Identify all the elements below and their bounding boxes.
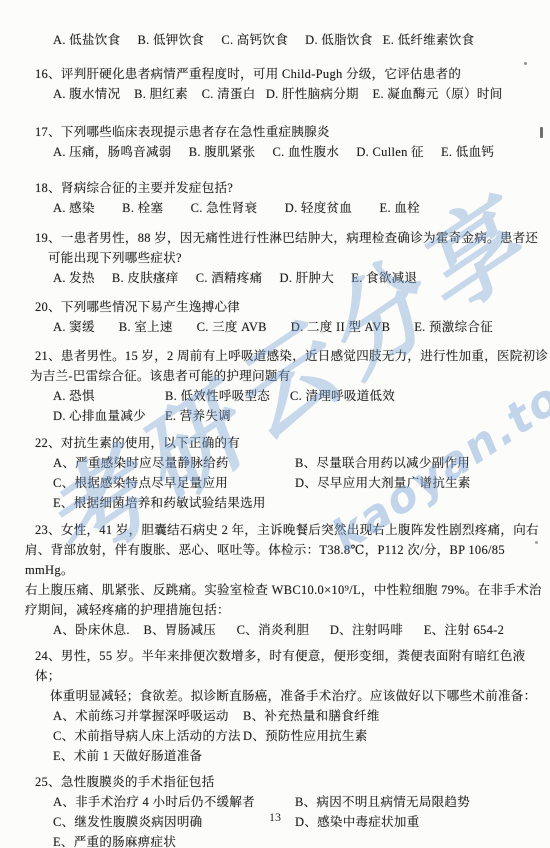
orphan-option-line: A. 低盐饮食 B. 低钾饮食 C. 高钙饮食 D. 低脂饮食 E. 低纤维素饮…	[0, 30, 550, 50]
question-25-options-row3: E、严重的肠麻痹症状	[0, 832, 550, 848]
question-17-stem: 17、下列哪些临床表现提示患者存在急性重症胰腺炎	[0, 122, 550, 142]
question-23: 23、女性，41 岁，胆囊结石病史 2 年，主诉晚餐后突然出现右上腹阵发性剧烈疼…	[0, 520, 550, 640]
question-24-stem: 24、男性，55 岁。半年来排便次数增多，时有便意，便形变细，粪便表面附有暗红色…	[0, 646, 550, 686]
option-b: B. 低效性呼吸型态	[165, 386, 290, 406]
question-22-options-row3: E、根据细菌培养和药敏试验结果选用	[0, 493, 550, 513]
scan-speck	[540, 127, 543, 138]
option-b: B、病因不明且病情无局限趋势	[295, 792, 550, 812]
scan-speck	[524, 62, 527, 65]
question-18: 18、肾病综合征的主要并发症包括? A. 感染 B. 栓塞 C. 急性肾衰 D.…	[0, 178, 550, 218]
question-18-stem: 18、肾病综合征的主要并发症包括?	[0, 178, 550, 198]
option-e: E. 营养失调	[165, 406, 550, 426]
option-d: D. 心排血量减少	[53, 406, 165, 426]
question-23-stem-cont1: 肩、背部放射，伴有腹胀、恶心、呕吐等。体检示：T38.8℃，P112 次/分，B…	[0, 540, 550, 580]
exam-page: A. 低盐饮食 B. 低钾饮食 C. 高钙饮食 D. 低脂饮食 E. 低纤维素饮…	[0, 0, 550, 848]
option-c: C. 清理呼吸道低效	[290, 386, 550, 406]
option-b: B、补充热量和膳食纤维	[243, 706, 550, 726]
question-21-options-row1: A. 恐惧 B. 低效性呼吸型态 C. 清理呼吸道低效	[0, 386, 550, 406]
question-21: 21、患者男性。15 岁，2 周前有上呼吸道感染，近日感觉四肢无力，进行性加重，…	[0, 346, 550, 426]
scan-speck	[535, 541, 538, 544]
question-23-stem: 23、女性，41 岁，胆囊结石病史 2 年，主诉晚餐后突然出现右上腹阵发性剧烈疼…	[0, 520, 550, 540]
option-c: C、根据感染特点尽早足量应用	[53, 473, 295, 493]
option-a: A、术前练习并掌握深呼吸运动	[53, 706, 243, 726]
question-24-options-row1: A、术前练习并掌握深呼吸运动 B、补充热量和膳食纤维	[0, 706, 550, 726]
question-24-stem-cont: 体重明显减轻；食欲差。拟诊断直肠癌，准备手术治疗。应该做好以下哪些术前准备：	[0, 686, 550, 706]
option-a: A、非手术治疗 4 小时后仍不缓解者	[53, 792, 295, 812]
question-16-stem: 16、评判肝硬化患者病情严重程度时，可用 Child-Pugh 分级，它评估患者…	[0, 64, 550, 84]
exam-content: A. 低盐饮食 B. 低钾饮食 C. 高钙饮食 D. 低脂饮食 E. 低纤维素饮…	[0, 0, 550, 848]
question-20-options: A. 窦缓 B. 室上速 C. 三度 AVB D. 二度 II 型 AVB E.…	[0, 317, 550, 337]
question-22-options-row1: A、严重感染时应尽量静脉给药 B、尽量联合用药以减少副作用	[0, 453, 550, 473]
question-18-options: A. 感染 B. 栓塞 C. 急性肾衰 D. 轻度贫血 E. 血栓	[0, 198, 550, 218]
option-e: E、严重的肠麻痹症状	[53, 832, 550, 848]
option-d: D、预防性应用抗生素	[243, 726, 550, 746]
question-23-stem-cont2: 右上腹压痛、肌紧张、反跳痛。实验室检查 WBC10.0×10⁹/L，中性粒细胞 …	[0, 580, 550, 600]
question-24-options-row2: C、术前指导病人床上活动的方法 D、预防性应用抗生素	[0, 726, 550, 746]
option-b: B、尽量联合用药以减少副作用	[295, 453, 550, 473]
question-16-options: A. 腹水情况 B. 胆红素 C. 清蛋白 D. 肝性脑病分期 E. 凝血酶元（…	[0, 84, 550, 104]
question-22-options-row2: C、根据感染特点尽早足量应用 D、尽早应用大剂量广谱抗生素	[0, 473, 550, 493]
page-number: 13	[0, 810, 550, 825]
question-21-stem: 21、患者男性。15 岁，2 周前有上呼吸道感染，近日感觉四肢无力，进行性加重，…	[0, 346, 550, 366]
question-16: 16、评判肝硬化患者病情严重程度时，可用 Child-Pugh 分级，它评估患者…	[0, 64, 550, 104]
question-21-options-row2: D. 心排血量减少 E. 营养失调	[0, 406, 550, 426]
option-a: A、严重感染时应尽量静脉给药	[53, 453, 295, 473]
question-24: 24、男性，55 岁。半年来排便次数增多，时有便意，便形变细，粪便表面附有暗红色…	[0, 646, 550, 766]
question-22-stem: 22、对抗生素的使用，以下正确的有	[0, 433, 550, 453]
option-a: A. 恐惧	[53, 386, 165, 406]
question-24-options-row3: E、术前 1 天做好肠道准备	[0, 746, 550, 766]
question-20-stem: 20、下列哪些情况下易产生逸搏心律	[0, 297, 550, 317]
question-19-stem: 19、一患者男性，88 岁，因无痛性进行性淋巴结肿大，病理检查确诊为霍奇金病。患…	[0, 228, 550, 248]
question-25-stem: 25、急性腹膜炎的手术指征包括	[0, 772, 550, 792]
question-17-options: A. 压痛，肠鸣音减弱 B. 腹肌紧张 C. 血性腹水 D. Cullen 征 …	[0, 142, 550, 162]
question-22: 22、对抗生素的使用，以下正确的有 A、严重感染时应尽量静脉给药 B、尽量联合用…	[0, 433, 550, 513]
question-19: 19、一患者男性，88 岁，因无痛性进行性淋巴结肿大，病理检查确诊为霍奇金病。患…	[0, 228, 550, 288]
question-19-options: A. 发热 B. 皮肤瘙痒 C. 酒精疼痛 D. 肝肿大 E. 食欲减退	[0, 268, 550, 288]
option-c: C、术前指导病人床上活动的方法	[53, 726, 243, 746]
option-e: E、根据细菌培养和药敏试验结果选用	[53, 493, 550, 513]
question-23-stem-cont3: 疗期间，减轻疼痛的护理措施包括：	[0, 600, 550, 620]
question-23-options: A、卧床休息. B、胃肠减压 C、消炎利胆 D、注射吗啡 E、注射 654-2	[0, 620, 550, 640]
scan-speck	[116, 191, 118, 193]
question-17: 17、下列哪些临床表现提示患者存在急性重症胰腺炎 A. 压痛，肠鸣音减弱 B. …	[0, 122, 550, 162]
option-e: E、术前 1 天做好肠道准备	[53, 746, 550, 766]
question-20: 20、下列哪些情况下易产生逸搏心律 A. 窦缓 B. 室上速 C. 三度 AVB…	[0, 297, 550, 337]
option-d: D、尽早应用大剂量广谱抗生素	[295, 473, 550, 493]
question-19-stem-cont: 可能出现下列哪些症状?	[0, 248, 550, 268]
question-25-options-row1: A、非手术治疗 4 小时后仍不缓解者 B、病因不明且病情无局限趋势	[0, 792, 550, 812]
question-21-stem-cont: 为吉兰-巴雷综合征。该患者可能的护理问题有	[0, 366, 550, 386]
